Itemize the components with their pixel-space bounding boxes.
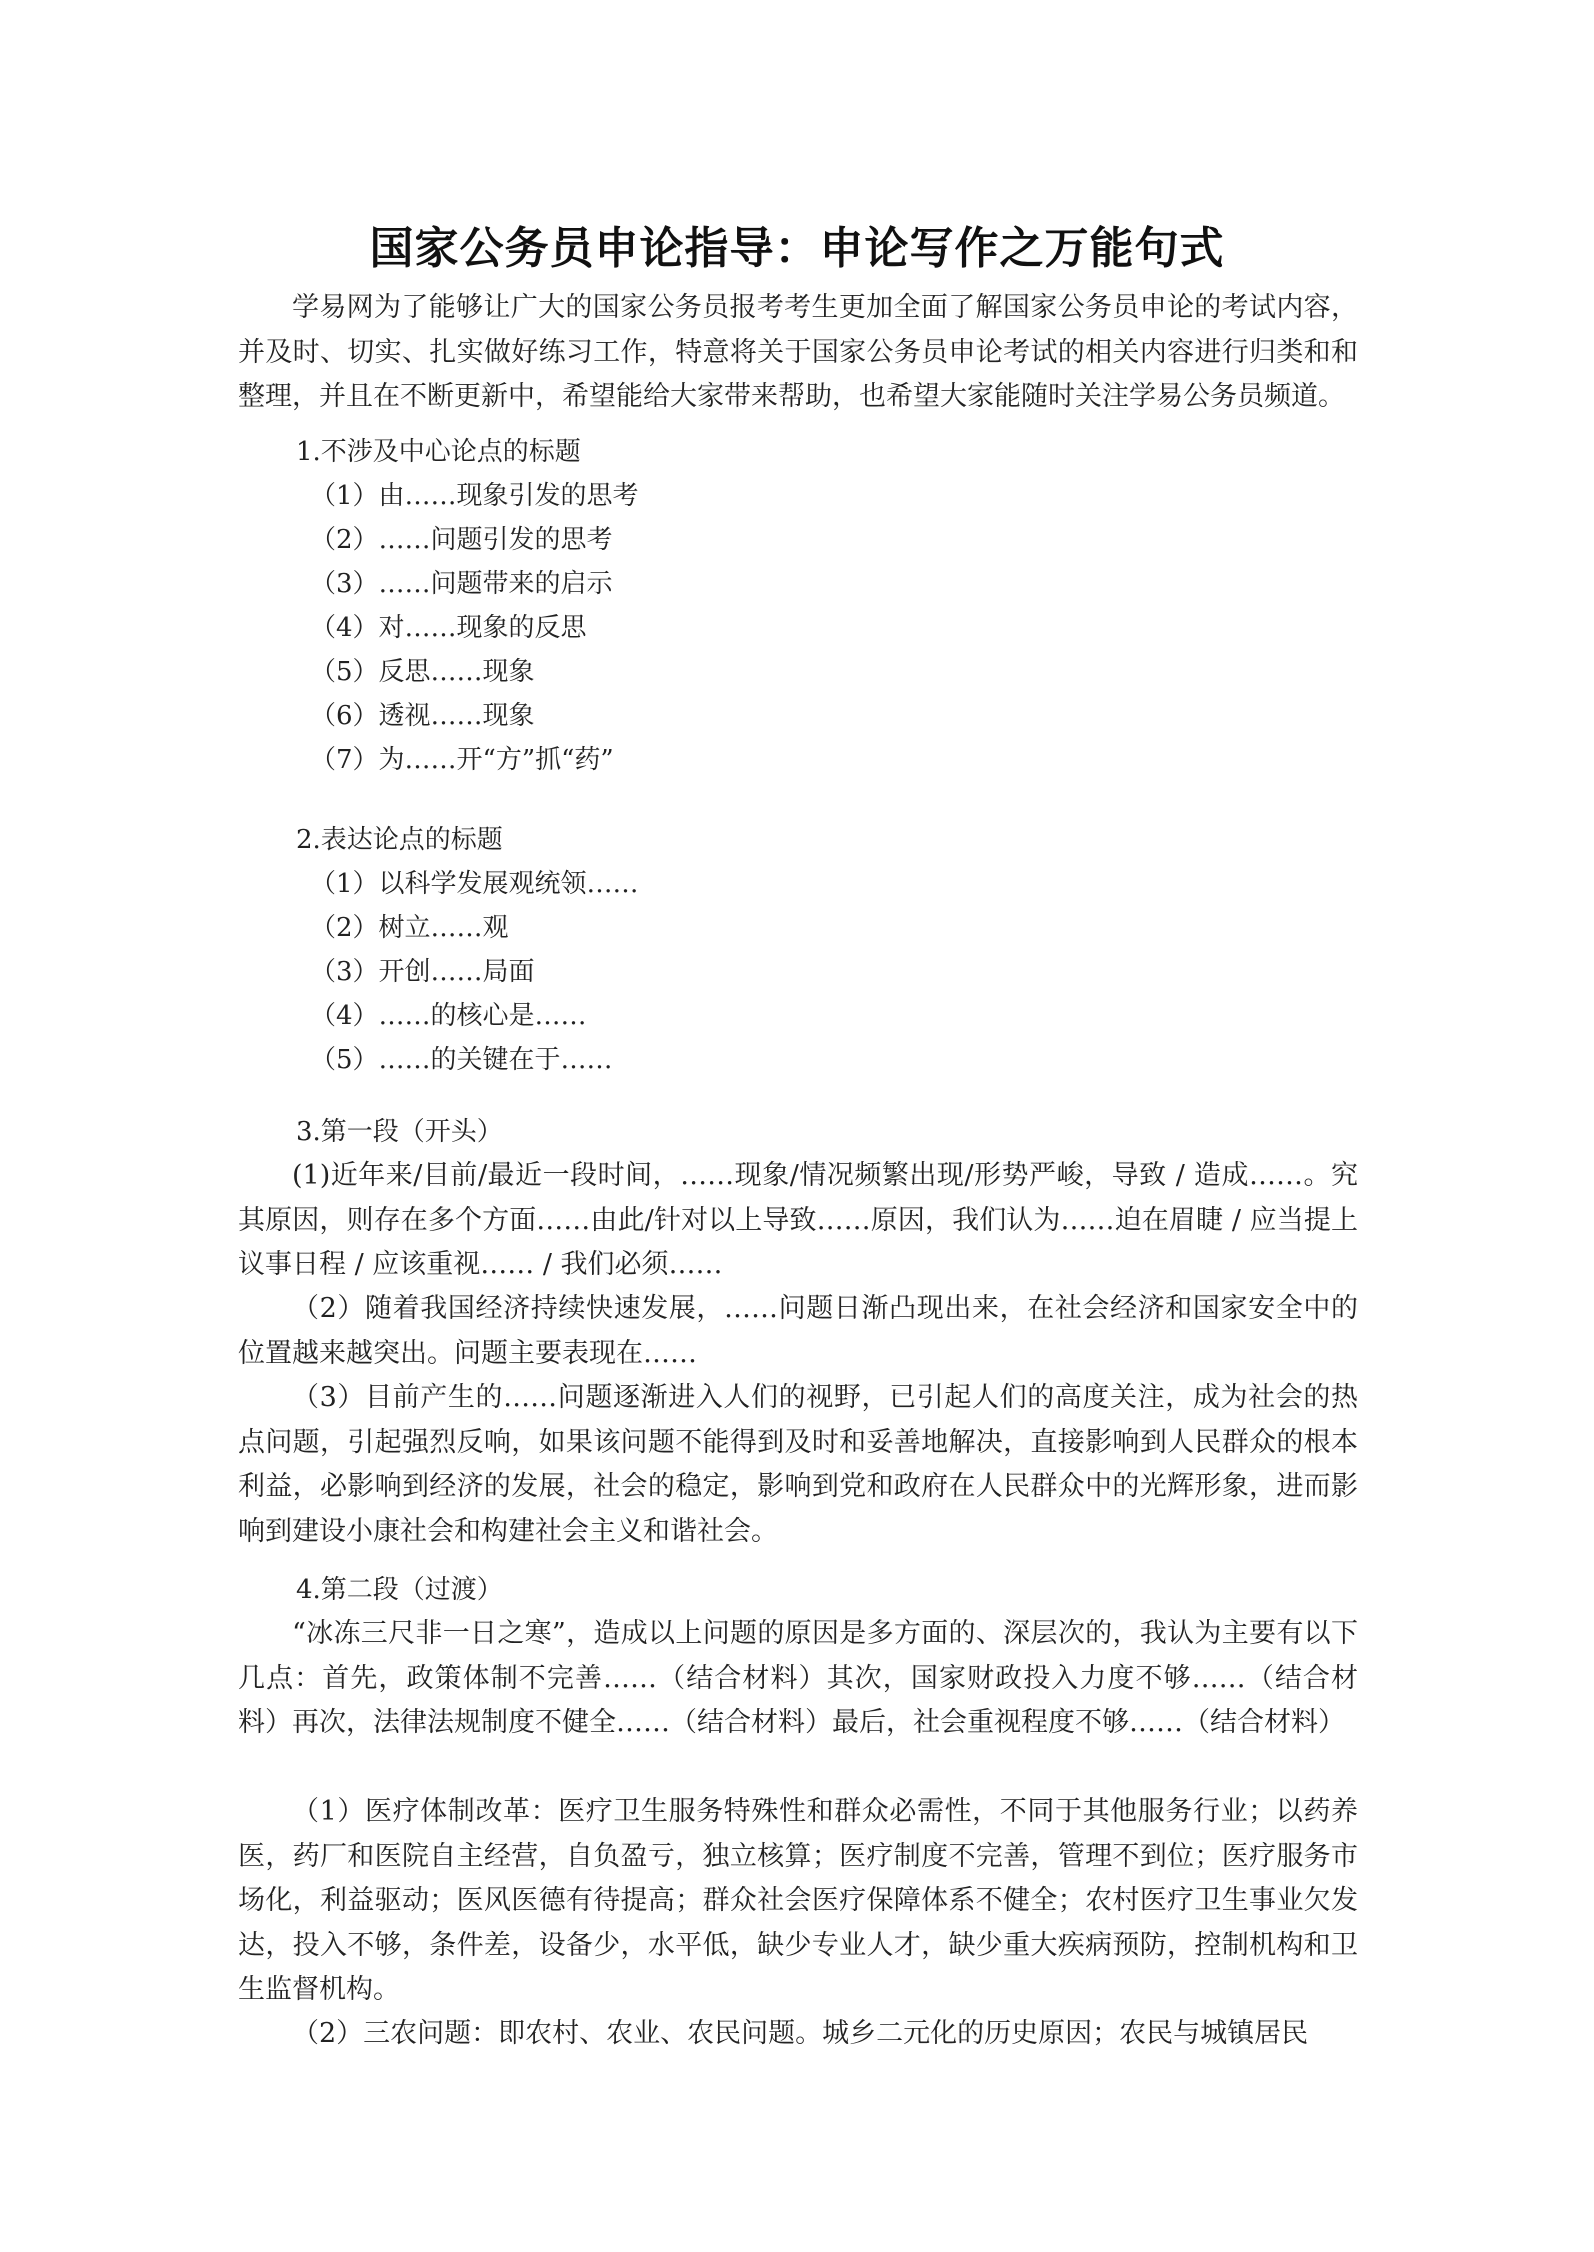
section-1-item-4: （4）对……现象的反思: [310, 606, 587, 650]
section-3-heading: 3.第一段（开头）: [296, 1110, 503, 1154]
section-4-paragraph-2: （1）医疗体制改革：医疗卫生服务特殊性和群众必需性，不同于其他服务行业；以药养医…: [238, 1790, 1358, 2013]
section-3-paragraph-2: （2）随着我国经济持续快速发展，……问题日渐凸现出来，在社会经济和国家安全中的位…: [238, 1287, 1358, 1376]
section-3-paragraph-1: (1)近年来/目前/最近一段时间，……现象/情况频繁出现/形势严峻，导致 / 造…: [238, 1154, 1358, 1288]
section-2-item-3: （3）开创……局面: [310, 950, 535, 994]
section-4-paragraph-1: “冰冻三尺非一日之寒”，造成以上问题的原因是多方面的、深层次的，我认为主要有以下…: [238, 1612, 1358, 1746]
intro-paragraph: 学易网为了能够让广大的国家公务员报考考生更加全面了解国家公务员申论的考试内容，并…: [238, 286, 1358, 420]
section-2-item-2: （2）树立……观: [310, 906, 509, 950]
section-2-item-1: （1）以科学发展观统领……: [310, 862, 639, 906]
section-1-item-2: （2）……问题引发的思考: [310, 518, 613, 562]
section-1-item-7: （7）为……开“方”抓“药”: [310, 738, 614, 782]
section-1-item-6: （6）透视……现象: [310, 694, 535, 738]
section-2-item-4: （4）……的核心是……: [310, 994, 587, 1038]
section-2-heading: 2.表达论点的标题: [296, 818, 503, 862]
document-page: 国家公务员申论指导：申论写作之万能句式 学易网为了能够让广大的国家公务员报考考生…: [0, 0, 1594, 2252]
document-title: 国家公务员申论指导：申论写作之万能句式: [0, 212, 1594, 276]
section-4-paragraph-3: （2）三农问题：即农村、农业、农民问题。城乡二元化的历史原因；农民与城镇居民: [238, 2012, 1358, 2057]
section-1-item-5: （5）反思……现象: [310, 650, 535, 694]
section-1-item-3: （3）……问题带来的启示: [310, 562, 613, 606]
section-1-item-1: （1）由……现象引发的思考: [310, 474, 639, 518]
section-1-heading: 1.不涉及中心论点的标题: [296, 430, 581, 474]
section-3-paragraph-3: （3）目前产生的……问题逐渐进入人们的视野，已引起人们的高度关注，成为社会的热点…: [238, 1376, 1358, 1554]
section-2-item-5: （5）……的关键在于……: [310, 1038, 613, 1082]
section-4-heading: 4.第二段（过渡）: [296, 1568, 503, 1612]
